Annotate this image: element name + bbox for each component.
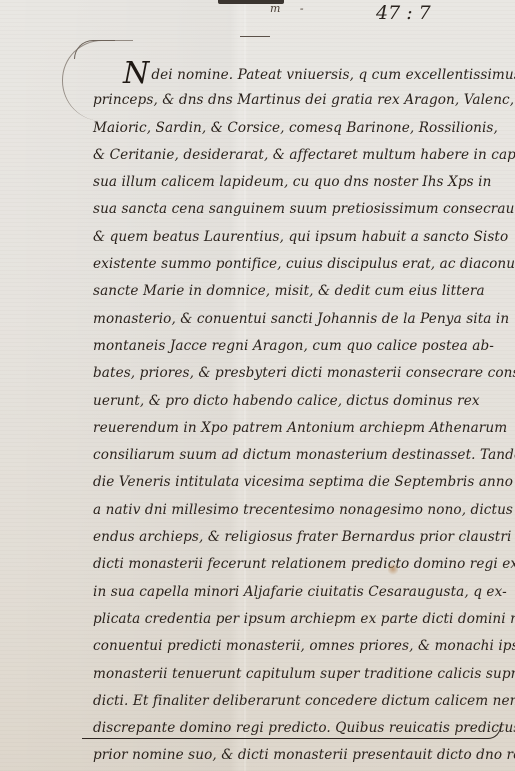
text-line: Maioric, Sardin, & Corsice, comesq Barin… — [93, 115, 503, 142]
text-line: & Ceritanie, desiderarat, & affectaret m… — [93, 142, 503, 169]
folio-number: 47 : 7 — [376, 2, 431, 24]
text-line: conuentui predicti monasterii, omnes pri… — [93, 633, 503, 660]
text-line: sua sancta cena sanguinem suum pretiosis… — [93, 196, 503, 223]
text-line: & quem beatus Laurentius, qui ipsum habu… — [93, 224, 503, 251]
text-line: reuerendum in Xpo patrem Antonium archie… — [93, 415, 503, 442]
text-line: sua illum calicem lapideum, cu quo dns n… — [93, 169, 503, 196]
text-line: sancte Marie in domnice, misit, & dedit … — [93, 278, 503, 305]
text-line: Ndei nomine. Pateat vniuersis, q cum exc… — [93, 60, 503, 87]
text-line: bates, priores, & presbyteri dicti monas… — [93, 360, 503, 387]
paper-stain — [388, 562, 398, 576]
text-line: uerunt, & pro dicto habendo calice, dict… — [93, 388, 503, 415]
text-line: in sua capella minori Aljafarie ciuitati… — [93, 579, 503, 606]
text-line: prior nomine suo, & dicti monasterii pre… — [93, 742, 503, 769]
text-line: endus archieps, & religiosus frater Bern… — [93, 524, 503, 551]
closing-line-flourish — [82, 726, 501, 739]
text-line: montaneis Jacce regni Aragon, cum quo ca… — [93, 333, 503, 360]
text-line: princeps, & dns dns Martinus dei gratia … — [93, 87, 503, 114]
header-flourish — [240, 26, 270, 37]
text-line: dicti monasterii fecerunt relationem pre… — [93, 551, 503, 578]
text-line: existente summo pontifice, cuius discipu… — [93, 251, 503, 278]
manuscript-page: m - 47 : 7 Ndei nomine. Pateat vniuersis… — [0, 0, 515, 771]
text-line: monasterio, & conuentui sancti Johannis … — [93, 306, 503, 333]
header-mark: m - — [270, 2, 312, 15]
text-line: consiliarum suum ad dictum monasterium d… — [93, 442, 503, 469]
manuscript-text: Ndei nomine. Pateat vniuersis, q cum exc… — [93, 60, 503, 770]
capital-letter: N — [123, 56, 149, 91]
text-line: plicata credentia per ipsum archiepm ex … — [93, 606, 503, 633]
text-line: a nativ dni millesimo trecentesimo nonag… — [93, 497, 503, 524]
text-line: dicti. Et finaliter deliberarunt concede… — [93, 688, 503, 715]
text-line: die Veneris intitulata vicesima septima … — [93, 469, 503, 496]
text-line: monasterii tenuerunt capitulum super tra… — [93, 661, 503, 688]
decorative-initial-hook — [74, 40, 115, 59]
